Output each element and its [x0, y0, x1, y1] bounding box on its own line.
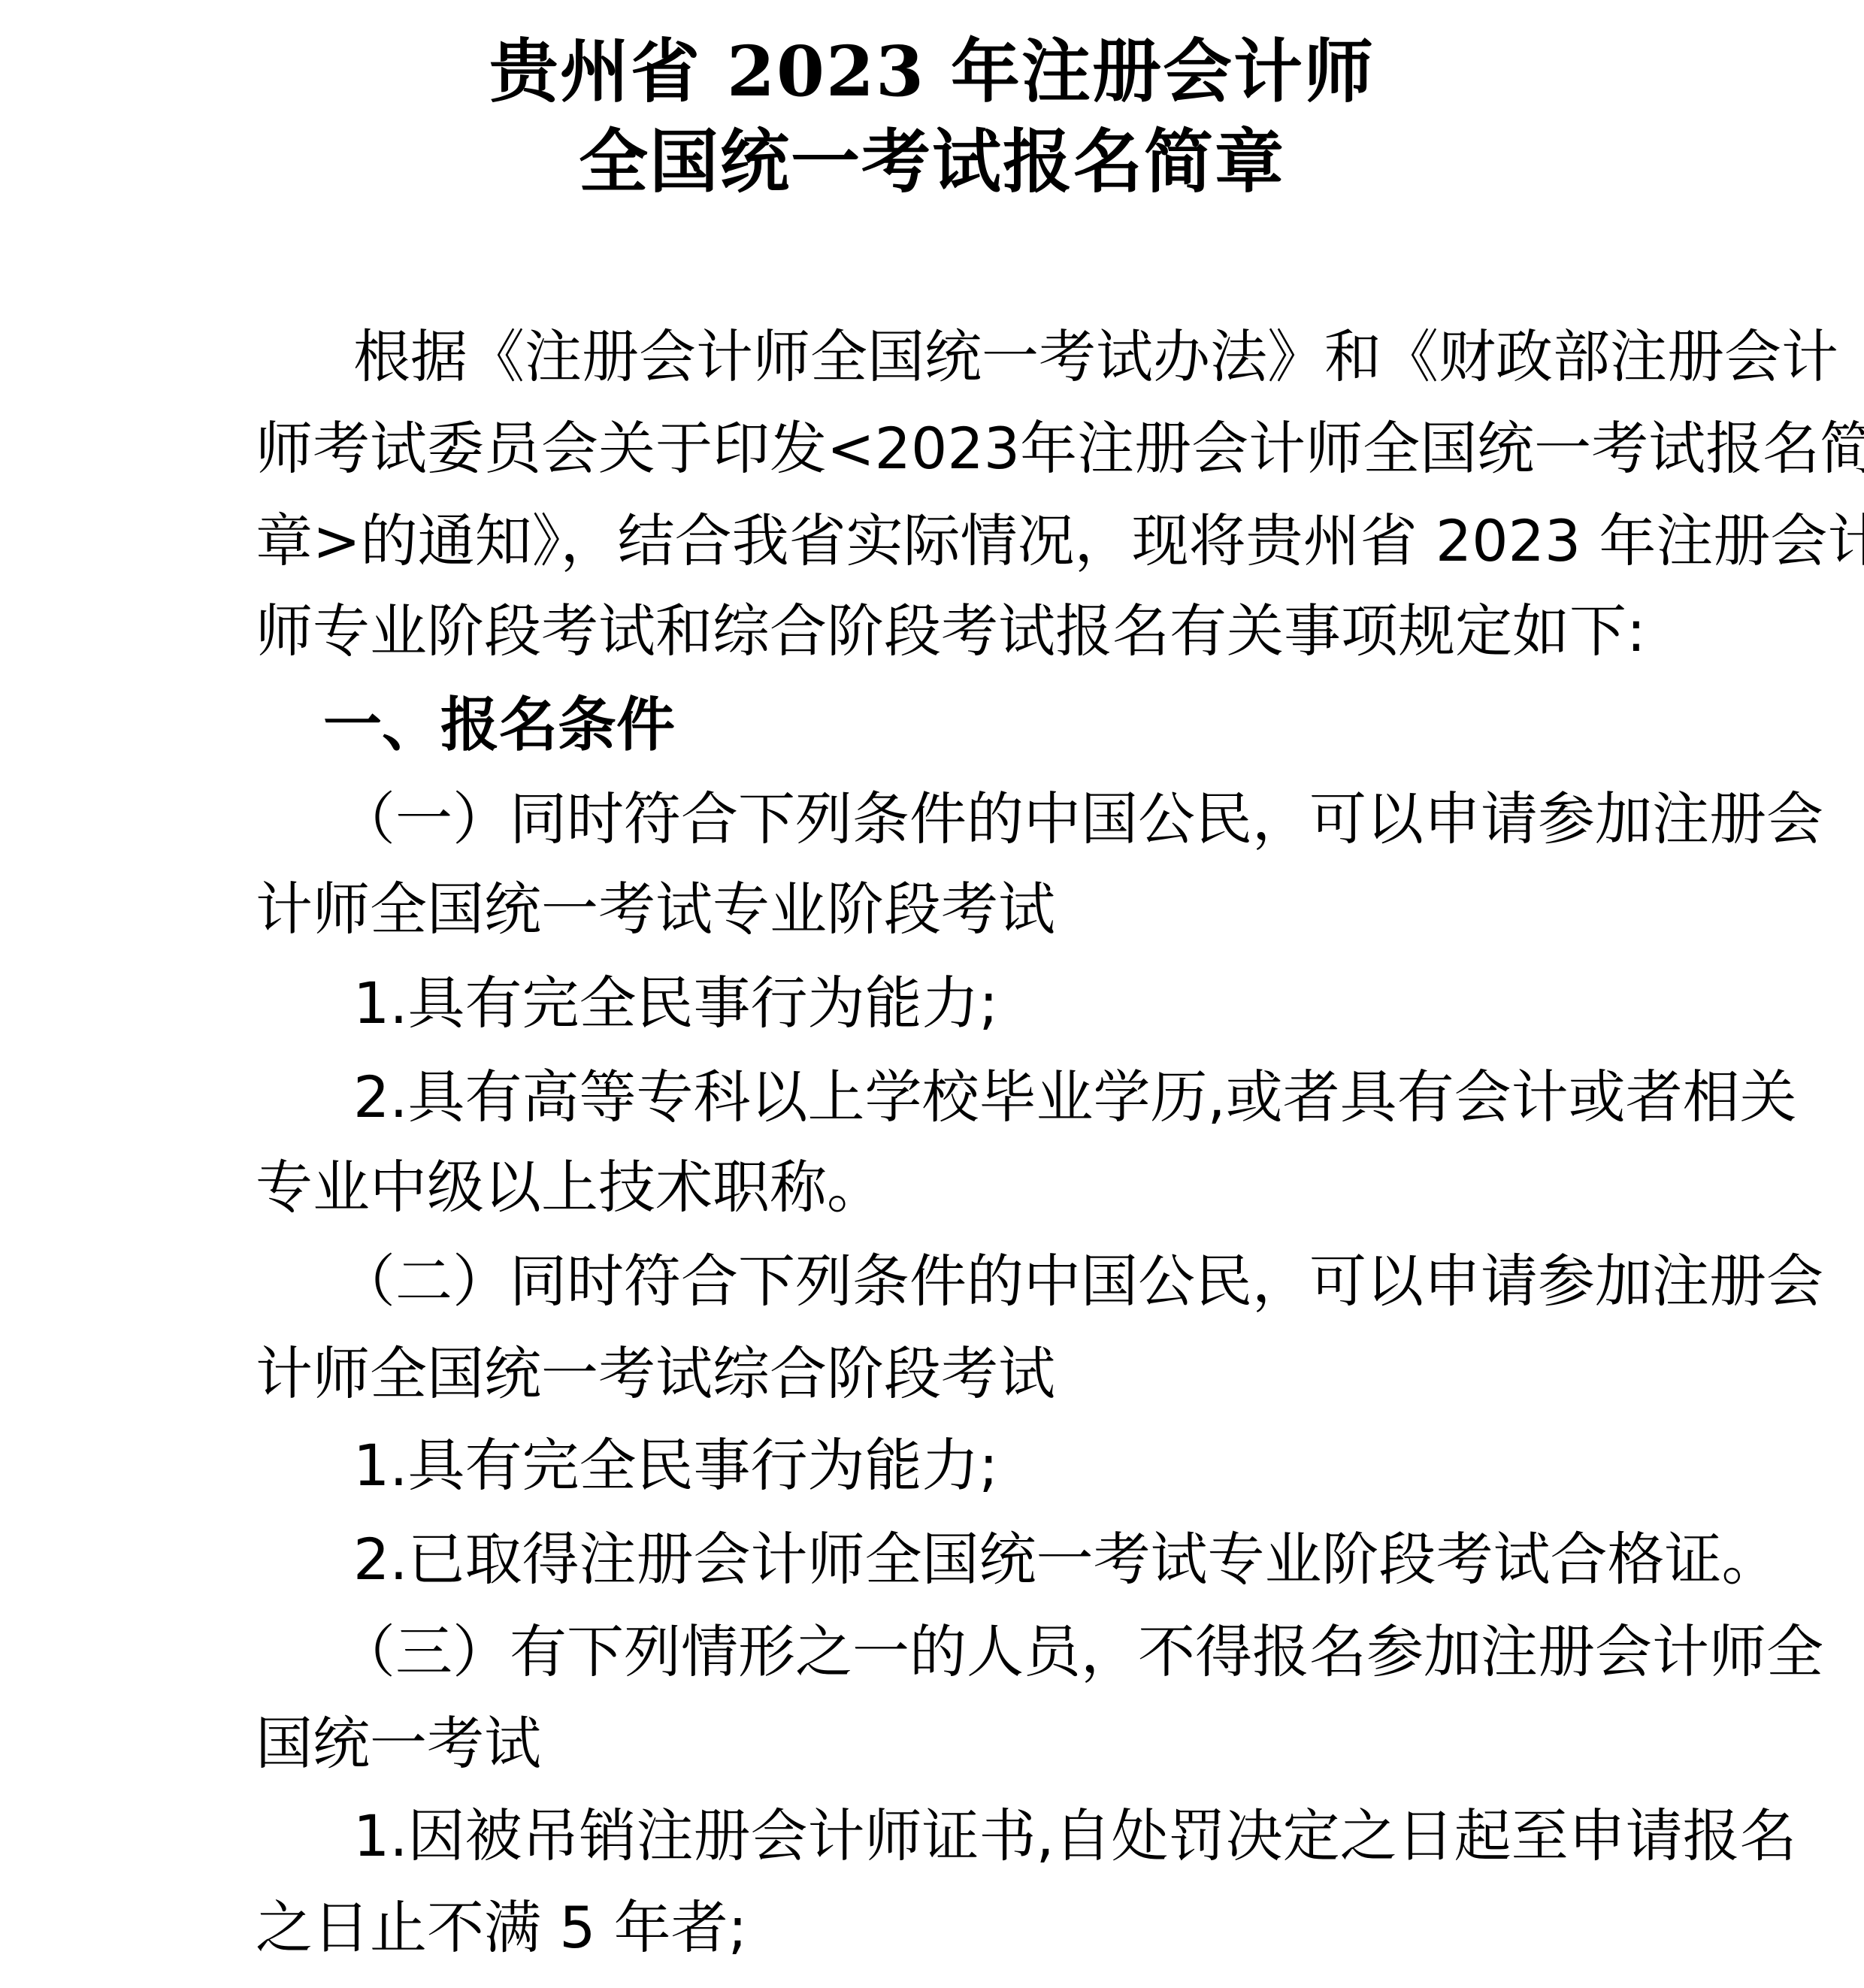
sub1-item-1: 1.具有完全民事行为能力; — [353, 966, 1631, 1041]
document-title-line-1: 贵州省 2023 年注册会计师 — [0, 30, 1864, 113]
intro-line-3: 章>的通知》，结合我省实际情况，现将贵州省 2023 年注册会计 — [256, 504, 1631, 579]
sub1-line-1: （一）同时符合下列条件的中国公民，可以申请参加注册会 — [338, 782, 1631, 857]
sub2-line-1: （二）同时符合下列条件的中国公民，可以申请参加注册会 — [338, 1244, 1631, 1319]
sub1-item-2-line-2: 专业中级以上技术职称。 — [256, 1150, 1631, 1225]
sub2-item-2: 2.已取得注册会计师全国统一考试专业阶段考试合格证。 — [353, 1522, 1631, 1597]
sub3-item-1-line-2: 之日止不满 5 年者; — [256, 1890, 1631, 1965]
sub1-item-2-line-1: 2.具有高等专科以上学校毕业学历,或者具有会计或者相关 — [353, 1060, 1631, 1135]
sub2-line-2: 计师全国统一考试综合阶段考试 — [256, 1336, 1631, 1412]
sub1-line-2: 计师全国统一考试专业阶段考试 — [256, 872, 1631, 947]
intro-line-1: 根据《注册会计师全国统一考试办法》和《财政部注册会计 — [353, 319, 1631, 395]
document-title-line-2: 全国统一考试报名简章 — [0, 120, 1864, 203]
sub2-item-1: 1.具有完全民事行为能力; — [353, 1428, 1631, 1503]
intro-line-4: 师专业阶段考试和综合阶段考试报名有关事项规定如下: — [256, 594, 1631, 669]
sub3-item-1-line-1: 1.因被吊销注册会计师证书,自处罚决定之日起至申请报名 — [353, 1799, 1631, 1874]
section-heading-registration-conditions: 一、报名条件 — [323, 688, 1699, 763]
sub3-line-2: 国统一考试 — [256, 1706, 1631, 1781]
document-page: 贵州省 2023 年注册会计师 全国统一考试报名简章 根据《注册会计师全国统一考… — [0, 0, 1864, 1988]
sub3-line-1: （三）有下列情形之一的人员，不得报名参加注册会计师全 — [338, 1614, 1631, 1690]
intro-line-2: 师考试委员会关于印发<2023年注册会计师全国统一考试报名简 — [256, 411, 1631, 486]
